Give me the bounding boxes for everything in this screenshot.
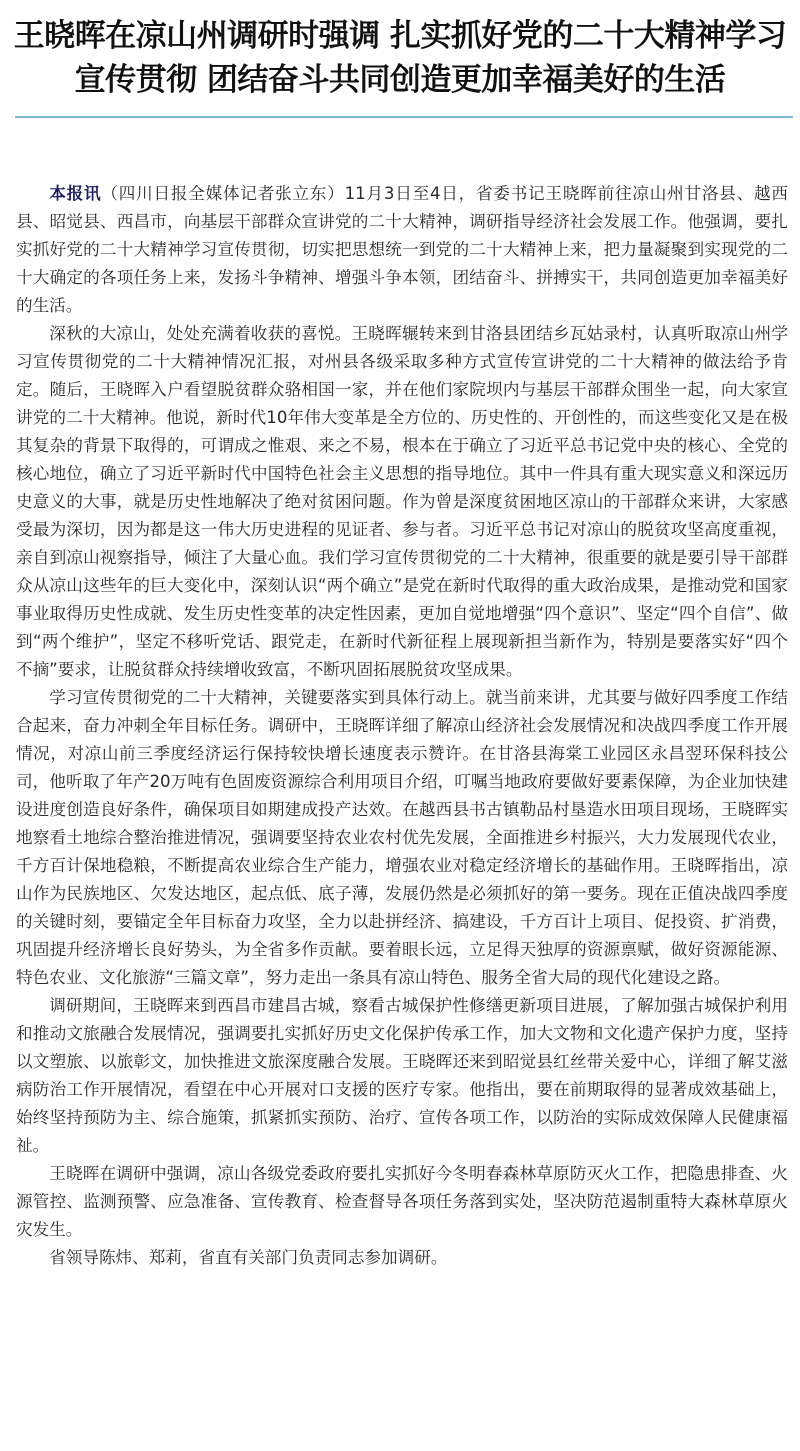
lead-tag: 本报讯 xyxy=(49,184,101,203)
article-paragraph: 调研期间，王晓晖来到西昌市建昌古城，察看古城保护性修缮更新项目进展，了解加强古城… xyxy=(16,992,788,1160)
article-paragraph: 学习宣传贯彻党的二十大精神，关键要落实到具体行动上。就当前来讲，尤其要与做好四季… xyxy=(16,684,788,992)
article-title-line-1: 王晓晖在凉山州调研时强调 扎实抓好党的二十大精神学习 xyxy=(0,14,800,58)
article-body: 本报讯（四川日报全媒体记者张立东）11月3日至4日，省委书记王晓晖前往凉山州甘洛… xyxy=(16,180,788,1272)
article-paragraph-lead: 本报讯（四川日报全媒体记者张立东）11月3日至4日，省委书记王晓晖前往凉山州甘洛… xyxy=(16,180,788,320)
article-paragraph: 省领导陈炜、郑莉，省直有关部门负责同志参加调研。 xyxy=(16,1244,788,1272)
article-title: 王晓晖在凉山州调研时强调 扎实抓好党的二十大精神学习 宣传贯彻 团结奋斗共同创造… xyxy=(0,14,800,102)
title-divider xyxy=(15,116,793,118)
article-paragraph: 王晓晖在调研中强调，凉山各级党委政府要扎实抓好今冬明春森林草原防灭火工作，把隐患… xyxy=(16,1160,788,1244)
lead-paragraph-text: （四川日报全媒体记者张立东）11月3日至4日，省委书记王晓晖前往凉山州甘洛县、越… xyxy=(16,184,788,315)
article-title-line-2: 宣传贯彻 团结奋斗共同创造更加幸福美好的生活 xyxy=(0,58,800,102)
article-paragraph: 深秋的大凉山，处处充满着收获的喜悦。王晓晖辗转来到甘洛县团结乡瓦姑录村，认真听取… xyxy=(16,320,788,684)
